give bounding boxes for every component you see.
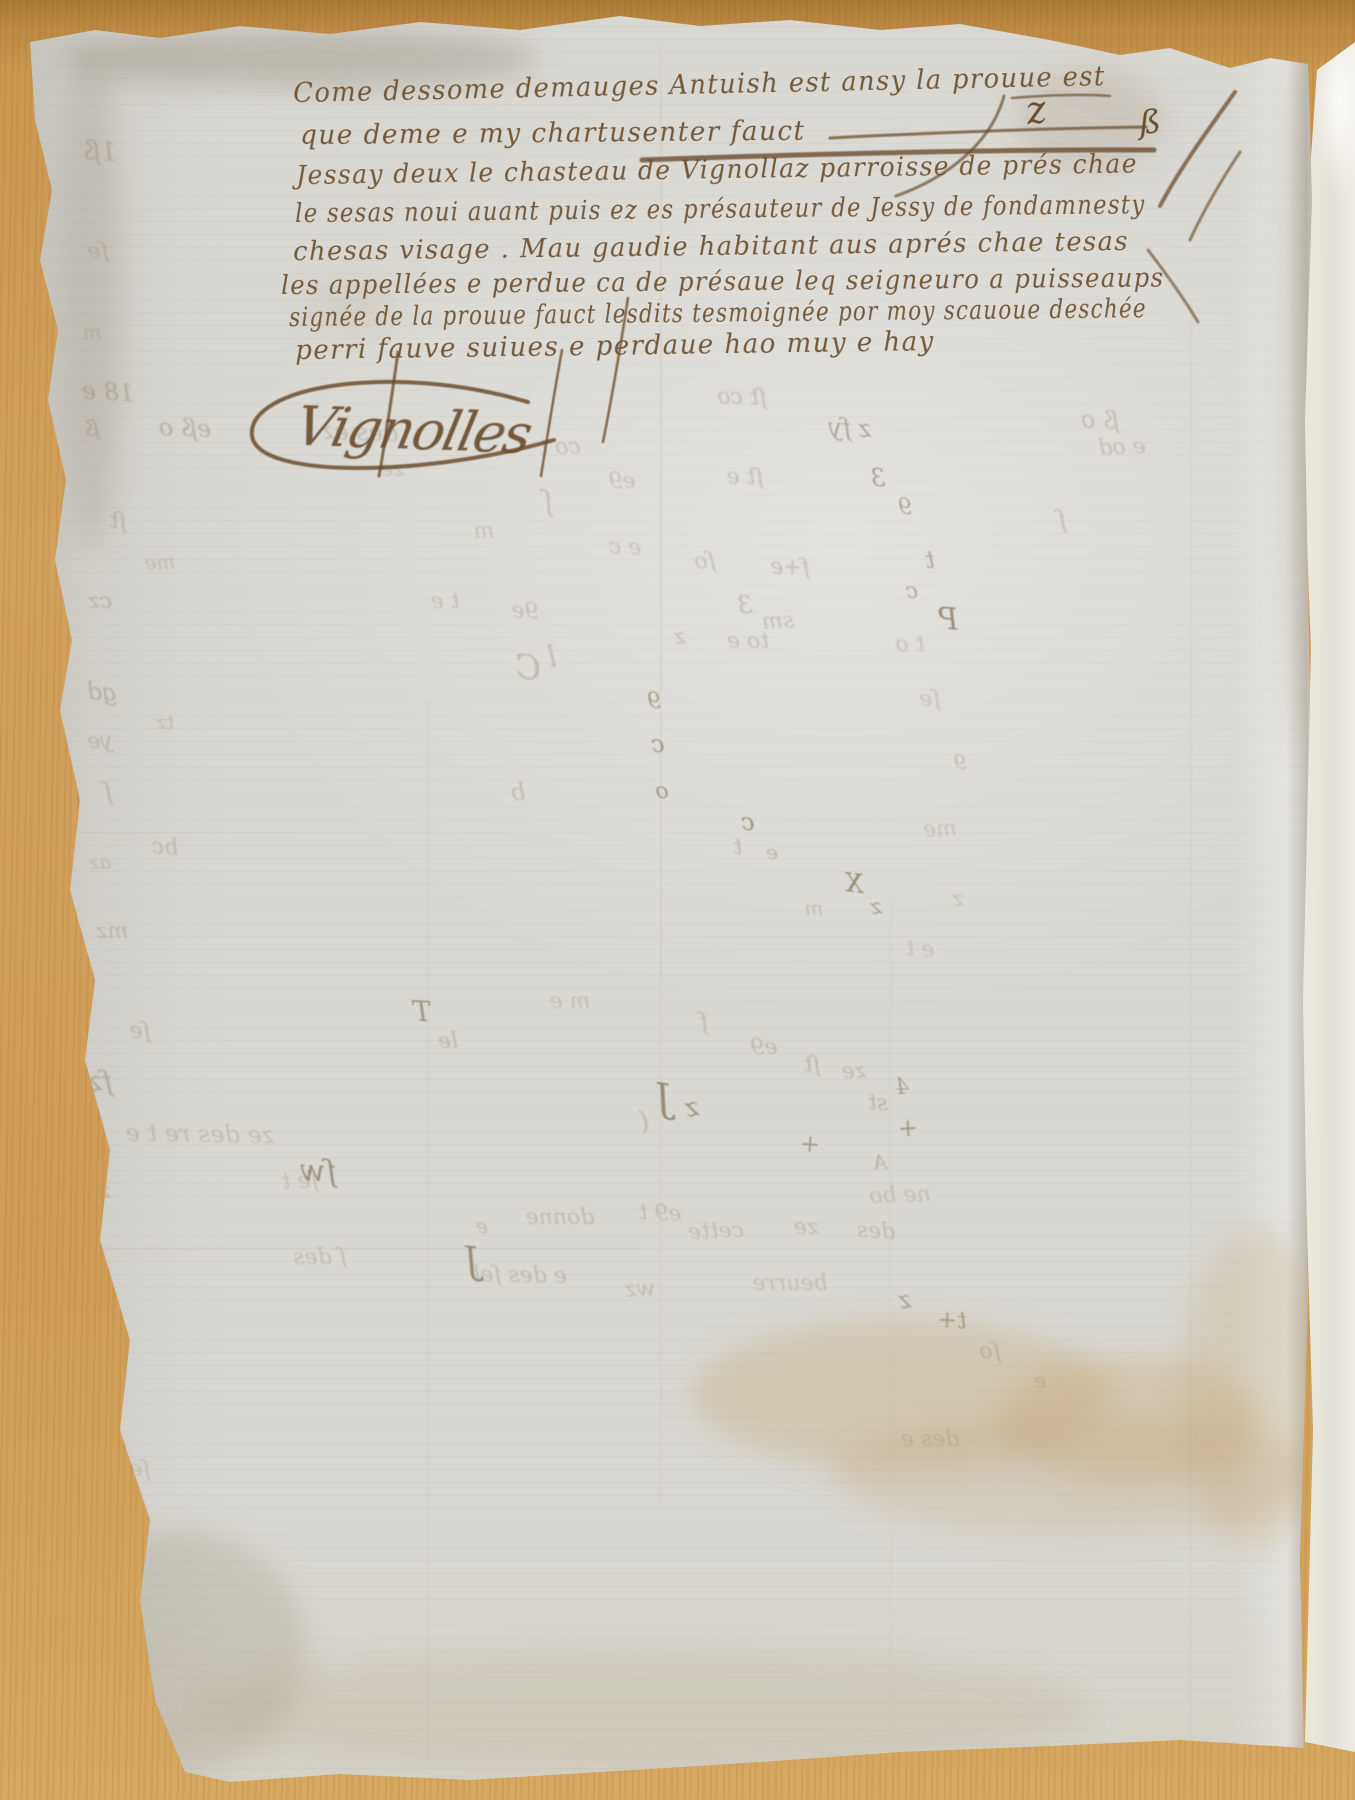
ink-bleedthrough-mark: wz: [624, 1278, 655, 1301]
ink-bleedthrough-mark: X: [843, 870, 864, 898]
manuscript-text-line: les appellées e perdue ca de présaue leq…: [281, 265, 1165, 299]
ink-bleedthrough-mark: 9: [647, 691, 661, 713]
ink-bleedthrough-mark: z: [952, 889, 964, 911]
ink-bleedthrough-mark: l: [546, 643, 558, 674]
ink-bleedthrough-mark: (: [639, 1109, 649, 1135]
ink-bleedthrough-mark: st: [868, 1093, 889, 1116]
manuscript-page: 1ßſem18 eßeß oſtmeczgdyetzſbcazmzſefzzde…: [0, 0, 1355, 1800]
ink-bleedthrough-mark: ß: [84, 419, 99, 441]
ink-bleedthrough-mark: ſt co: [717, 386, 767, 410]
ink-flourish: [1190, 152, 1240, 240]
ink-bleedthrough-mark: ſe: [919, 689, 941, 712]
ink-bleedthrough-mark: e: [1034, 1370, 1047, 1390]
ink-bleedthrough-mark: e c: [608, 536, 641, 559]
ink-bleedthrough-mark: 1ß: [82, 138, 118, 166]
ink-bleedthrough-mark: e: [766, 842, 779, 862]
fold-crease-vertical: [890, 900, 893, 1755]
ink-bleedthrough-mark: A: [873, 1152, 887, 1172]
ink-bleedthrough-mark: c: [740, 810, 755, 835]
ink-bleedthrough-mark: ß o: [1081, 407, 1120, 432]
ink-bleedthrough-mark: t+: [937, 1307, 968, 1333]
ink-bleedthrough-mark: ye: [87, 731, 113, 754]
ink-bleedthrough-mark: 4: [895, 1077, 909, 1099]
ink-bleedthrough-mark: c: [651, 732, 666, 757]
ink-bleedthrough-mark: ſ des: [293, 1247, 347, 1269]
ink-bleedthrough-mark: beurre: [752, 1273, 827, 1295]
ink-bleedthrough-mark: ne bo: [869, 1184, 931, 1208]
ink-bleedthrough-mark: +: [897, 1115, 918, 1140]
ink-bleedthrough-mark: ze: [380, 459, 405, 481]
manuscript-text-line: que deme e my chartusenter fauct: [300, 118, 806, 149]
manuscript-text-line: perri fauve suiues e perdaue hao muy e h…: [295, 328, 935, 364]
fold-crease-vertical: [428, 700, 431, 1760]
ink-bleedthrough-mark: mz: [96, 921, 128, 943]
fold-crease-horizontal: [80, 1248, 640, 1251]
ink-bleedthrough-mark: cz: [88, 591, 112, 613]
ink-bleedthrough-mark: ſ: [541, 488, 554, 517]
ink-glyph: ß: [1138, 105, 1162, 138]
ink-bleedthrough-mark: z: [870, 897, 883, 920]
ink-bleedthrough-mark: c: [906, 581, 918, 603]
ink-bleedthrough-mark: co t: [539, 436, 581, 459]
ink-bleedthrough-mark: e t: [905, 939, 935, 962]
ink-bleedthrough-mark: ſw: [299, 1156, 337, 1188]
ink-bleedthrough-mark: t o: [895, 634, 924, 656]
ink-bleedthrough-mark: me: [144, 551, 175, 572]
ink-bleedthrough-mark: P: [937, 604, 960, 636]
ink-bleedthrough-mark: ze: [794, 1217, 819, 1239]
ink-bleedthrough-mark: ſt: [803, 1055, 821, 1078]
manuscript-photograph: 1ßſem18 eßeß oſtmeczgdyetzſbcazmzſefzzde…: [0, 0, 1355, 1800]
ink-bleedthrough-mark: ſe: [129, 1020, 151, 1043]
ink-flourish: [1160, 92, 1235, 206]
ink-bleedthrough-mark: 9: [898, 497, 912, 519]
ink-bleedthrough-mark: C: [513, 649, 543, 686]
ink-bleedthrough-mark: t: [925, 548, 936, 572]
ink-bleedthrough-mark: e9: [608, 471, 635, 493]
ink-bleedthrough-mark: z: [898, 1288, 911, 1312]
ink-bleedthrough-mark: f: [699, 1010, 710, 1035]
ink-bleedthrough-mark: eß o: [158, 415, 211, 441]
ink-bleedthrough-mark: o: [655, 781, 669, 803]
ink-bleedthrough-mark: e des ſel: [473, 1264, 567, 1288]
ink-bleedthrough-mark: des: [856, 1220, 896, 1244]
ink-bleedthrough-mark: e9: [750, 1037, 778, 1060]
ink-bleedthrough-mark: 9: [954, 752, 967, 772]
ink-bleedthrough-mark: e od: [1098, 436, 1146, 460]
ink-bleedthrough-mark: b: [510, 780, 525, 804]
ink-bleedthrough-mark: le: [438, 1031, 459, 1054]
ink-bleedthrough-mark: m: [805, 898, 824, 918]
ink-bleedthrough-mark: tz: [155, 712, 174, 733]
ink-bleedthrough-mark: ſt e: [726, 466, 764, 489]
signature-vignolles: Vignolles: [291, 400, 536, 462]
ink-bleedthrough-mark: ſo: [979, 1341, 1000, 1363]
ink-bleedthrough-mark: az: [88, 851, 111, 872]
ink-bleedthrough-mark: z fy: [828, 415, 872, 441]
ink-bleedthrough-mark: gd: [86, 679, 118, 705]
ink-bleedthrough-mark: cette: [688, 1220, 745, 1244]
ink-bleedthrough-mark: 3: [870, 466, 887, 491]
ink-bleedthrough-mark: 18 e: [81, 379, 135, 406]
ink-bleedthrough-mark: m: [473, 521, 495, 544]
ink-bleedthrough-mark: donne: [526, 1207, 595, 1229]
ink-bleedthrough-mark: ſ: [104, 780, 113, 804]
ink-bleedthrough-mark: to e: [727, 631, 769, 653]
ink-bleedthrough-mark: T: [412, 998, 432, 1027]
ink-bleedthrough-mark: m e: [550, 991, 591, 1013]
ink-bleedthrough-mark: f+e: [770, 556, 810, 579]
ink-bleedthrough-mark: ſ: [1058, 508, 1067, 532]
manuscript-text-line: Jessay deux le chasteau de Vignollaz par…: [296, 151, 1138, 189]
ink-bleedthrough-mark: J: [654, 1078, 674, 1118]
manuscript-text-line: le sesas noui auant puis ez es présauteu…: [295, 192, 1146, 227]
ink-bleedthrough-mark: z: [684, 1095, 699, 1122]
ink-bleedthrough-mark: 9e: [511, 600, 539, 623]
manuscript-text-line: signée de la prouue fauct lesdits tesmoi…: [289, 296, 1147, 331]
ink-bleedthrough-mark: e9 t: [638, 1202, 682, 1225]
ink-bleedthrough-mark: +: [799, 1131, 821, 1156]
manuscript-text-line: chesas visage . Mau gaudie habitant aus …: [293, 229, 1129, 265]
ink-bleedthrough-mark: ze: [841, 1061, 866, 1084]
ink-bleedthrough-mark: ſo: [694, 550, 717, 573]
fold-crease-horizontal: [62, 832, 300, 835]
fold-crease-vertical: [1190, 300, 1193, 1740]
ink-bleedthrough-mark: z: [674, 627, 686, 649]
ink-bleedthrough-mark: e: [476, 1216, 488, 1236]
ink-bleedthrough-mark: ze des re t e: [125, 1121, 274, 1148]
ink-bleedthrough-mark: bc: [151, 836, 179, 860]
ink-bleedthrough-mark: ſt: [109, 510, 128, 533]
ink-bleedthrough-mark: me: [923, 818, 958, 841]
ink-bleedthrough-mark: t: [734, 837, 743, 859]
ink-bleedthrough-mark: ſe: [87, 240, 109, 263]
fold-crease-vertical: [660, 45, 663, 1500]
ink-bleedthrough-mark: t e: [431, 591, 460, 613]
stain: [60, 50, 120, 550]
ink-bleedthrough-mark: des e: [901, 1429, 959, 1451]
ink-bleedthrough-mark: 3: [737, 593, 752, 617]
ink-bleedthrough-mark: m: [83, 322, 102, 342]
